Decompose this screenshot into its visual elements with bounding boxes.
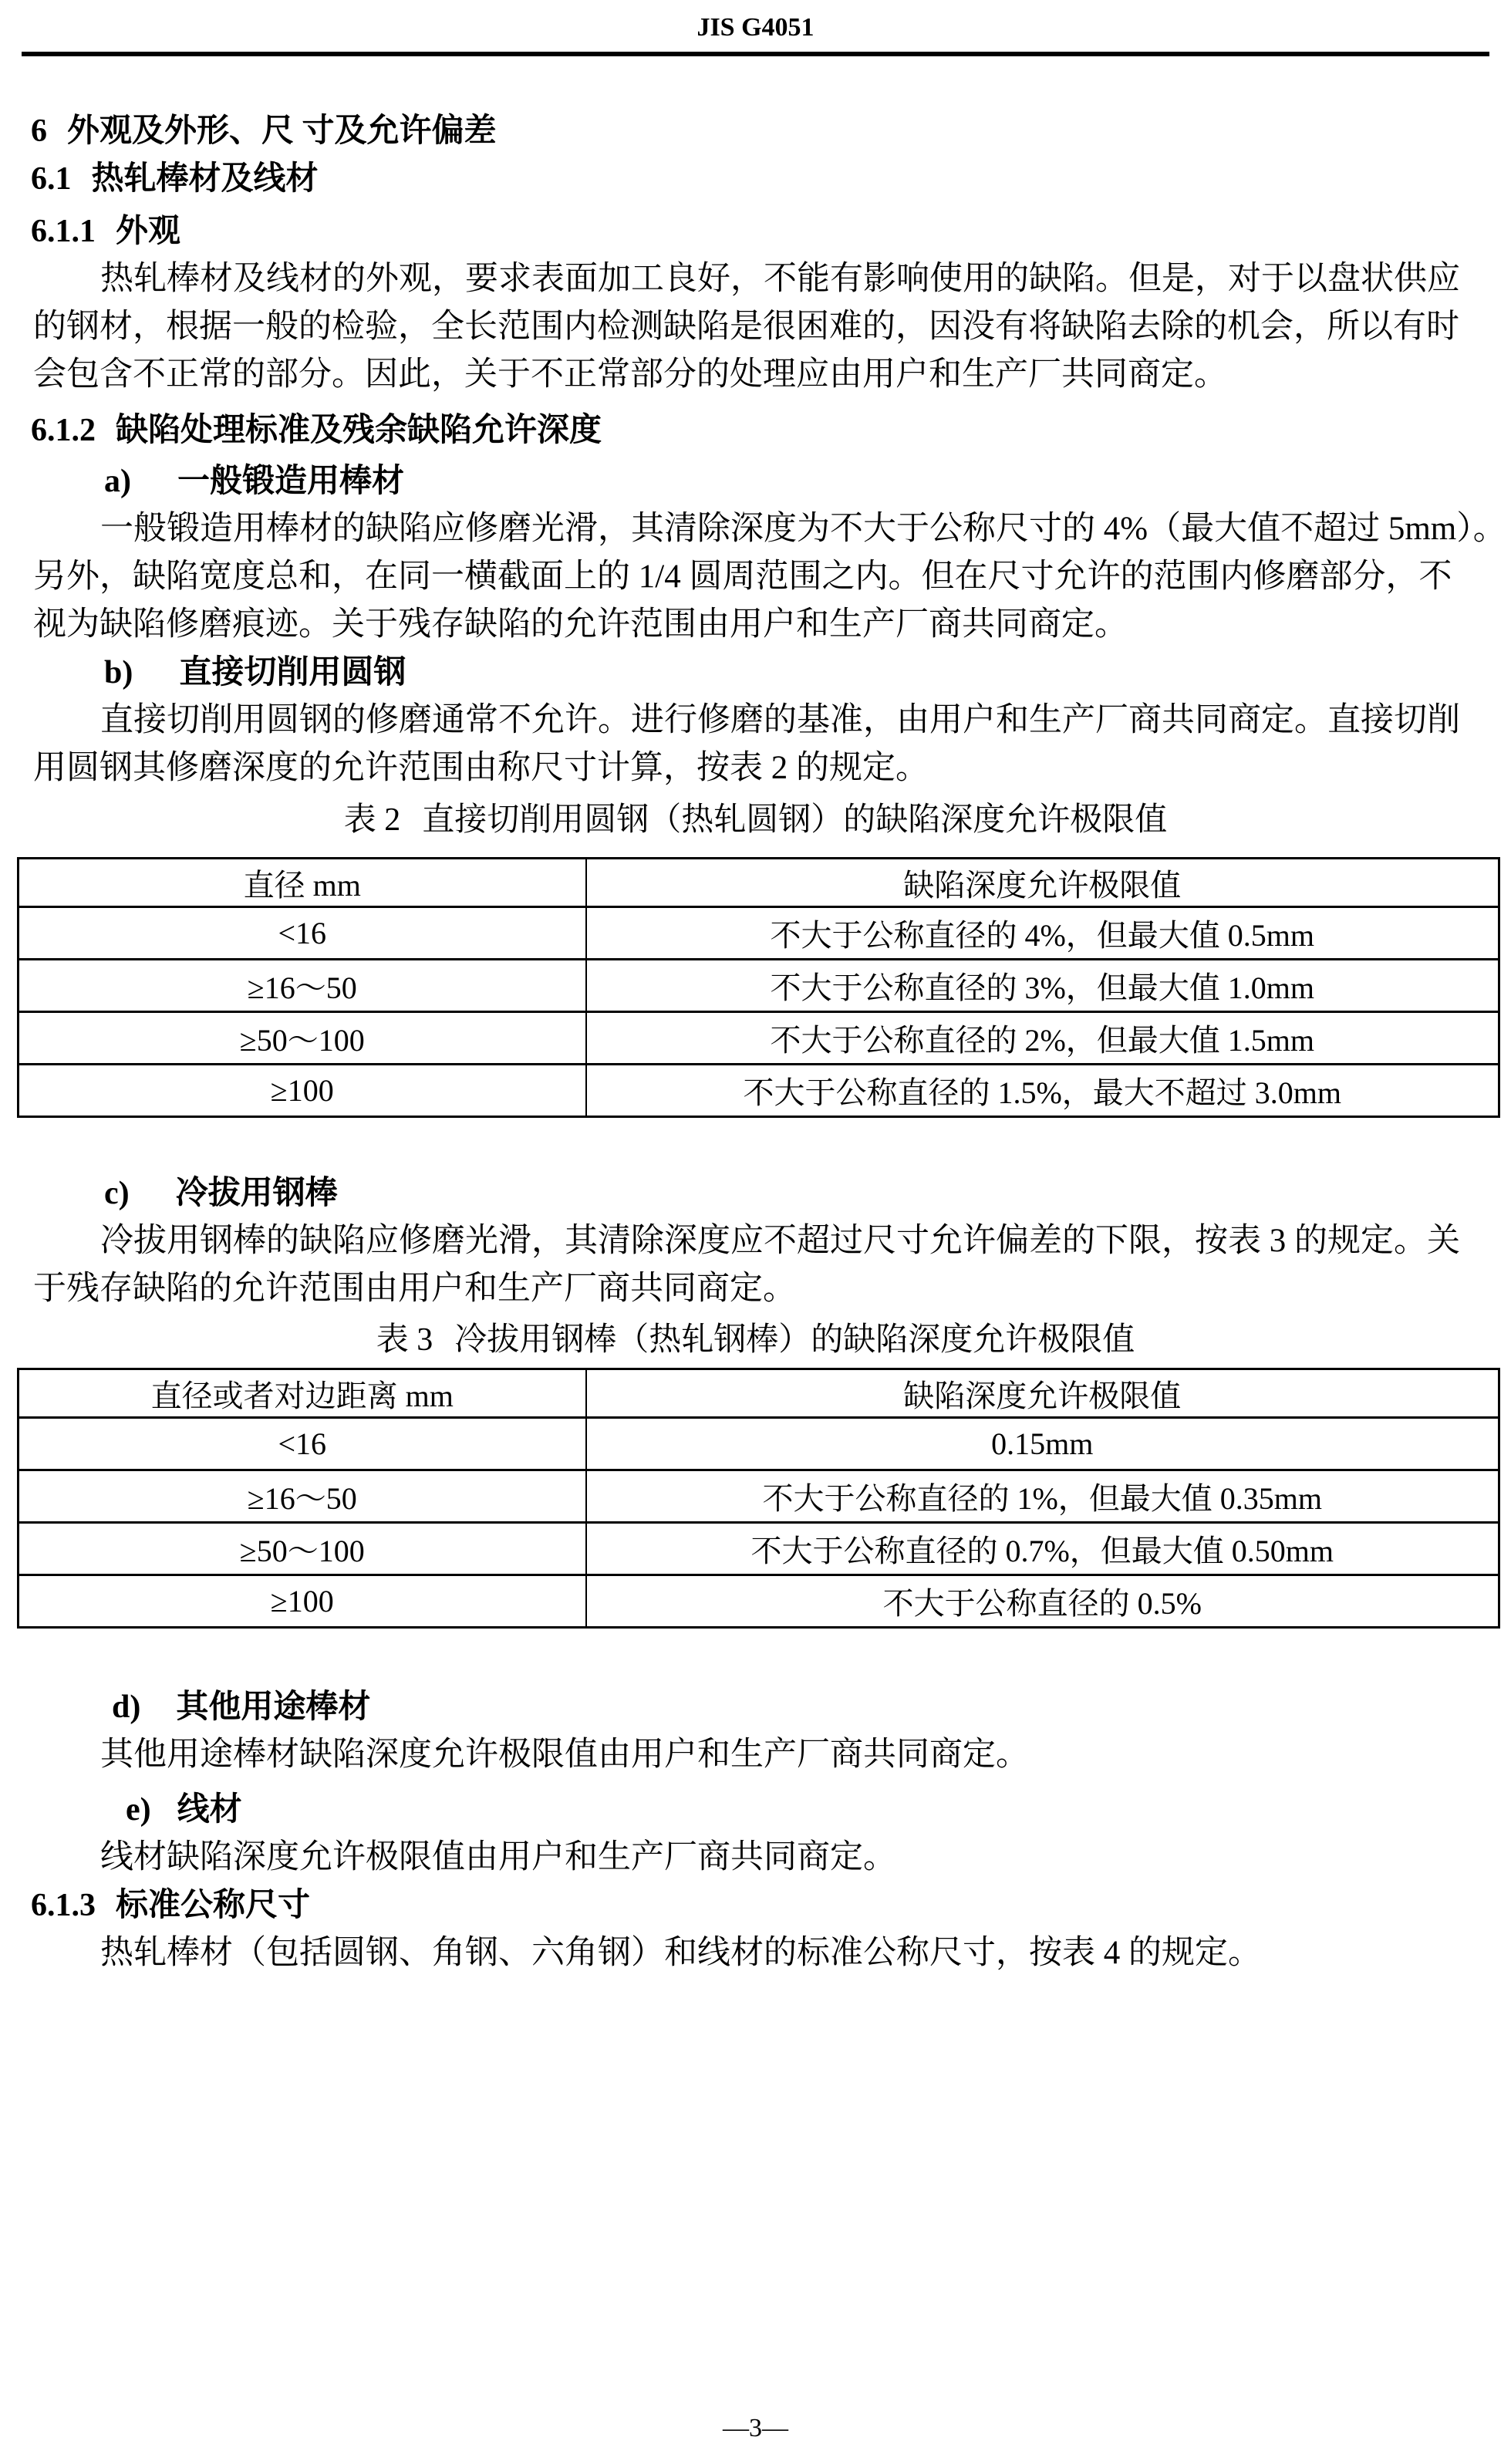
list-label: a) [104,464,131,499]
table-row: ≥50～100 不大于公称直径的 0.7%，但最大值 0.50mm [19,1523,1499,1575]
text-line: 于残存缺陷的允许范围由用户和生产厂商共同商定。 [33,1265,1511,1313]
table-row: ≥100 不大于公称直径的 1.5%，最大不超过 3.0mm [19,1065,1499,1117]
list-title: 线材 [177,1792,242,1828]
paragraph-6-1-1: 热轧棒材及线材的外观，要求表面加工良好，不能有影响使用的缺陷。但是，对于以盘状供… [0,255,1511,399]
table-cell: ≥16～50 [19,1470,586,1523]
table-cell: 不大于公称直径的 0.5% [586,1575,1499,1628]
list-item-b: b)直接切削用圆钢 [104,649,1511,697]
table-row: ≥16～50 不大于公称直径的 3%，但最大值 1.0mm [19,960,1499,1012]
doc-code: JIS G4051 [0,4,1511,52]
list-title: 其他用途棒材 [176,1689,370,1725]
paragraph-e: 线材缺陷深度允许极限值由用户和生产厂商共同商定。 [0,1834,1511,1882]
list-label: b) [104,655,133,690]
paragraph-a: 一般锻造用棒材的缺陷应修磨光滑，其清除深度为不大于公称尺寸的 4%（最大值不超过… [0,505,1511,649]
header-rule [22,52,1489,56]
heading-section-6: 6外观及外形、尺 寸及允许偏差 [0,107,1511,155]
list-item-c: c)冷拔用钢棒 [104,1170,1511,1217]
paragraph-d: 其他用途棒材缺陷深度允许极限值由用户和生产厂商共同商定。 [0,1731,1511,1779]
table-header-row: 直径 mm 缺陷深度允许极限值 [19,859,1499,907]
list-item-e: e)线材 [126,1786,1511,1834]
table-col-header: 直径或者对边距离 mm [19,1369,586,1418]
heading-title: 热轧棒材及线材 [92,161,319,197]
table-caption-label: 表 3 [376,1322,433,1358]
table-cell: <16 [19,907,586,960]
table-cell: 不大于公称直径的 1%，但最大值 0.35mm [586,1470,1499,1523]
document-page: { "header": { "doc_code": "JIS G4051" },… [0,0,1511,2464]
text-line: 一般锻造用棒材的缺陷应修磨光滑，其清除深度为不大于公称尺寸的 4%（最大值不超过… [33,505,1511,553]
text-line: 冷拔用钢棒的缺陷应修磨光滑，其清除深度应不超过尺寸允许偏差的下限，按表 3 的规… [33,1217,1511,1265]
heading-title: 外观 [116,214,180,249]
heading-number: 6 [31,113,47,149]
text-line: 另外，缺陷宽度总和，在同一横截面上的 1/4 圆周范围之内。但在尺寸允许的范围内… [33,553,1511,601]
heading-title: 缺陷处理标准及残余缺陷允许深度 [116,413,602,448]
text-line: 视为缺陷修磨痕迹。关于残存缺陷的允许范围由用户和生产厂商共同商定。 [33,601,1511,649]
table-caption-text: 直接切削用圆钢（热轧圆钢）的缺陷深度允许极限值 [422,802,1167,838]
text-line: 热轧棒材及线材的外观，要求表面加工良好，不能有影响使用的缺陷。但是，对于以盘状供… [33,255,1511,303]
table-col-header: 直径 mm [19,859,586,907]
paragraph-b: 直接切削用圆钢的修磨通常不允许。进行修磨的基准，由用户和生产厂商共同商定。直接切… [0,697,1511,792]
text-line: 会包含不正常的部分。因此，关于不正常部分的处理应由用户和生产厂共同商定。 [33,351,1511,399]
list-title: 冷拔用钢棒 [176,1176,338,1211]
list-label: d) [112,1689,140,1725]
heading-number: 6.1.2 [31,413,96,448]
table-cell: 不大于公称直径的 3%，但最大值 1.0mm [586,960,1499,1012]
table-3: 直径或者对边距离 mm 缺陷深度允许极限值 <16 0.15mm ≥16～50 … [17,1368,1500,1629]
table-row: <16 不大于公称直径的 4%，但最大值 0.5mm [19,907,1499,960]
text-line: 线材缺陷深度允许极限值由用户和生产厂商共同商定。 [33,1834,1511,1882]
table-2-caption: 表 2直接切削用圆钢（热轧圆钢）的缺陷深度允许极限值 [0,796,1511,844]
list-title: 一般锻造用棒材 [177,464,404,499]
heading-number: 6.1.1 [31,214,96,249]
list-item-a: a)一般锻造用棒材 [104,457,1511,505]
table-cell: 不大于公称直径的 1.5%，最大不超过 3.0mm [586,1065,1499,1117]
table-row: ≥16～50 不大于公称直径的 1%，但最大值 0.35mm [19,1470,1499,1523]
table-cell: 不大于公称直径的 4%，但最大值 0.5mm [586,907,1499,960]
table-caption-label: 表 2 [344,802,401,838]
table-cell: ≥50～100 [19,1523,586,1575]
list-title: 直接切削用圆钢 [179,655,406,690]
table-3-caption: 表 3冷拔用钢棒（热轧钢棒）的缺陷深度允许极限值 [0,1316,1511,1364]
text-line: 用圆钢其修磨深度的允许范围由称尺寸计算，按表 2 的规定。 [33,744,1511,792]
table-col-header: 缺陷深度允许极限值 [586,1369,1499,1418]
heading-section-6-1-2: 6.1.2缺陷处理标准及残余缺陷允许深度 [0,407,1511,454]
table-cell: ≥16～50 [19,960,586,1012]
table-col-header: 缺陷深度允许极限值 [586,859,1499,907]
table-cell: <16 [19,1418,586,1470]
text-line: 热轧棒材（包括圆钢、角钢、六角钢）和线材的标准公称尺寸，按表 4 的规定。 [33,1929,1511,1977]
table-cell: 0.15mm [586,1418,1499,1470]
table-row: ≥50～100 不大于公称直径的 2%，但最大值 1.5mm [19,1012,1499,1065]
heading-number: 6.1 [31,161,72,197]
heading-section-6-1-3: 6.1.3标准公称尺寸 [0,1882,1511,1929]
text-line: 的钢材，根据一般的检验，全长范围内检测缺陷是很困难的，因没有将缺陷去除的机会，所… [33,303,1511,351]
table-2: 直径 mm 缺陷深度允许极限值 <16 不大于公称直径的 4%，但最大值 0.5… [17,857,1500,1118]
heading-section-6-1: 6.1热轧棒材及线材 [0,155,1511,203]
table-cell: ≥100 [19,1575,586,1628]
table-cell: 不大于公称直径的 0.7%，但最大值 0.50mm [586,1523,1499,1575]
table-row: ≥100 不大于公称直径的 0.5% [19,1575,1499,1628]
heading-title: 外观及外形、尺 寸及允许偏差 [67,113,497,149]
table-caption-text: 冷拔用钢棒（热轧钢棒）的缺陷深度允许极限值 [454,1322,1135,1358]
table-header-row: 直径或者对边距离 mm 缺陷深度允许极限值 [19,1369,1499,1418]
list-label: c) [104,1176,130,1211]
table-cell: 不大于公称直径的 2%，但最大值 1.5mm [586,1012,1499,1065]
page-number: —3— [0,2413,1511,2444]
list-item-d: d)其他用途棒材 [112,1683,1511,1731]
heading-title: 标准公称尺寸 [116,1888,310,1923]
text-line: 直接切削用圆钢的修磨通常不允许。进行修磨的基准，由用户和生产厂商共同商定。直接切… [33,697,1511,744]
heading-section-6-1-1: 6.1.1外观 [0,208,1511,255]
table-row: <16 0.15mm [19,1418,1499,1470]
table-cell: ≥50～100 [19,1012,586,1065]
text-line: 其他用途棒材缺陷深度允许极限值由用户和生产厂商共同商定。 [33,1731,1511,1779]
paragraph-c: 冷拔用钢棒的缺陷应修磨光滑，其清除深度应不超过尺寸允许偏差的下限，按表 3 的规… [0,1217,1511,1313]
heading-number: 6.1.3 [31,1888,96,1923]
table-cell: ≥100 [19,1065,586,1117]
paragraph-6-1-3: 热轧棒材（包括圆钢、角钢、六角钢）和线材的标准公称尺寸，按表 4 的规定。 [0,1929,1511,1977]
list-label: e) [126,1792,151,1828]
